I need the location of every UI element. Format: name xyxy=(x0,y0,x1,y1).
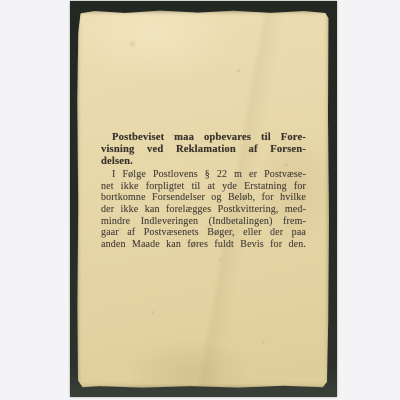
body-line: der ikke kan forelægges Postkvittering, … xyxy=(101,204,306,216)
body-line: I Følge Postlovens § 22 m er Postvæse- xyxy=(101,169,306,181)
receipt-paper: Postbeviset maa opbevares til Fore- visn… xyxy=(77,10,329,388)
body-line: anden Maade kan føres fuldt Bevis for de… xyxy=(101,239,306,251)
notice-body: I Følge Postlovens § 22 m er Postvæse- n… xyxy=(101,169,306,250)
notice-heading: Postbeviset maa opbevares til Fore- visn… xyxy=(101,132,306,168)
photo-background: Postbeviset maa opbevares til Fore- visn… xyxy=(0,0,400,400)
heading-line: visning ved Reklamation af Forsen- xyxy=(101,144,306,156)
body-line: net ikke forpligtet til at yde Erstatnin… xyxy=(101,181,306,193)
body-line: mindre Indleveringen (Indbetalingen) fre… xyxy=(101,216,306,228)
heading-line: Postbeviset maa opbevares til Fore- xyxy=(101,132,306,144)
heading-line: delsen. xyxy=(101,156,306,168)
notice-text: Postbeviset maa opbevares til Fore- visn… xyxy=(101,132,306,250)
body-line: bortkomne Forsendelser og Beløb, for hvi… xyxy=(101,192,306,204)
body-line: gaar af Postvæsenets Bøger, eller der pa… xyxy=(101,227,306,239)
album-mat: Postbeviset maa opbevares til Fore- visn… xyxy=(70,1,337,397)
